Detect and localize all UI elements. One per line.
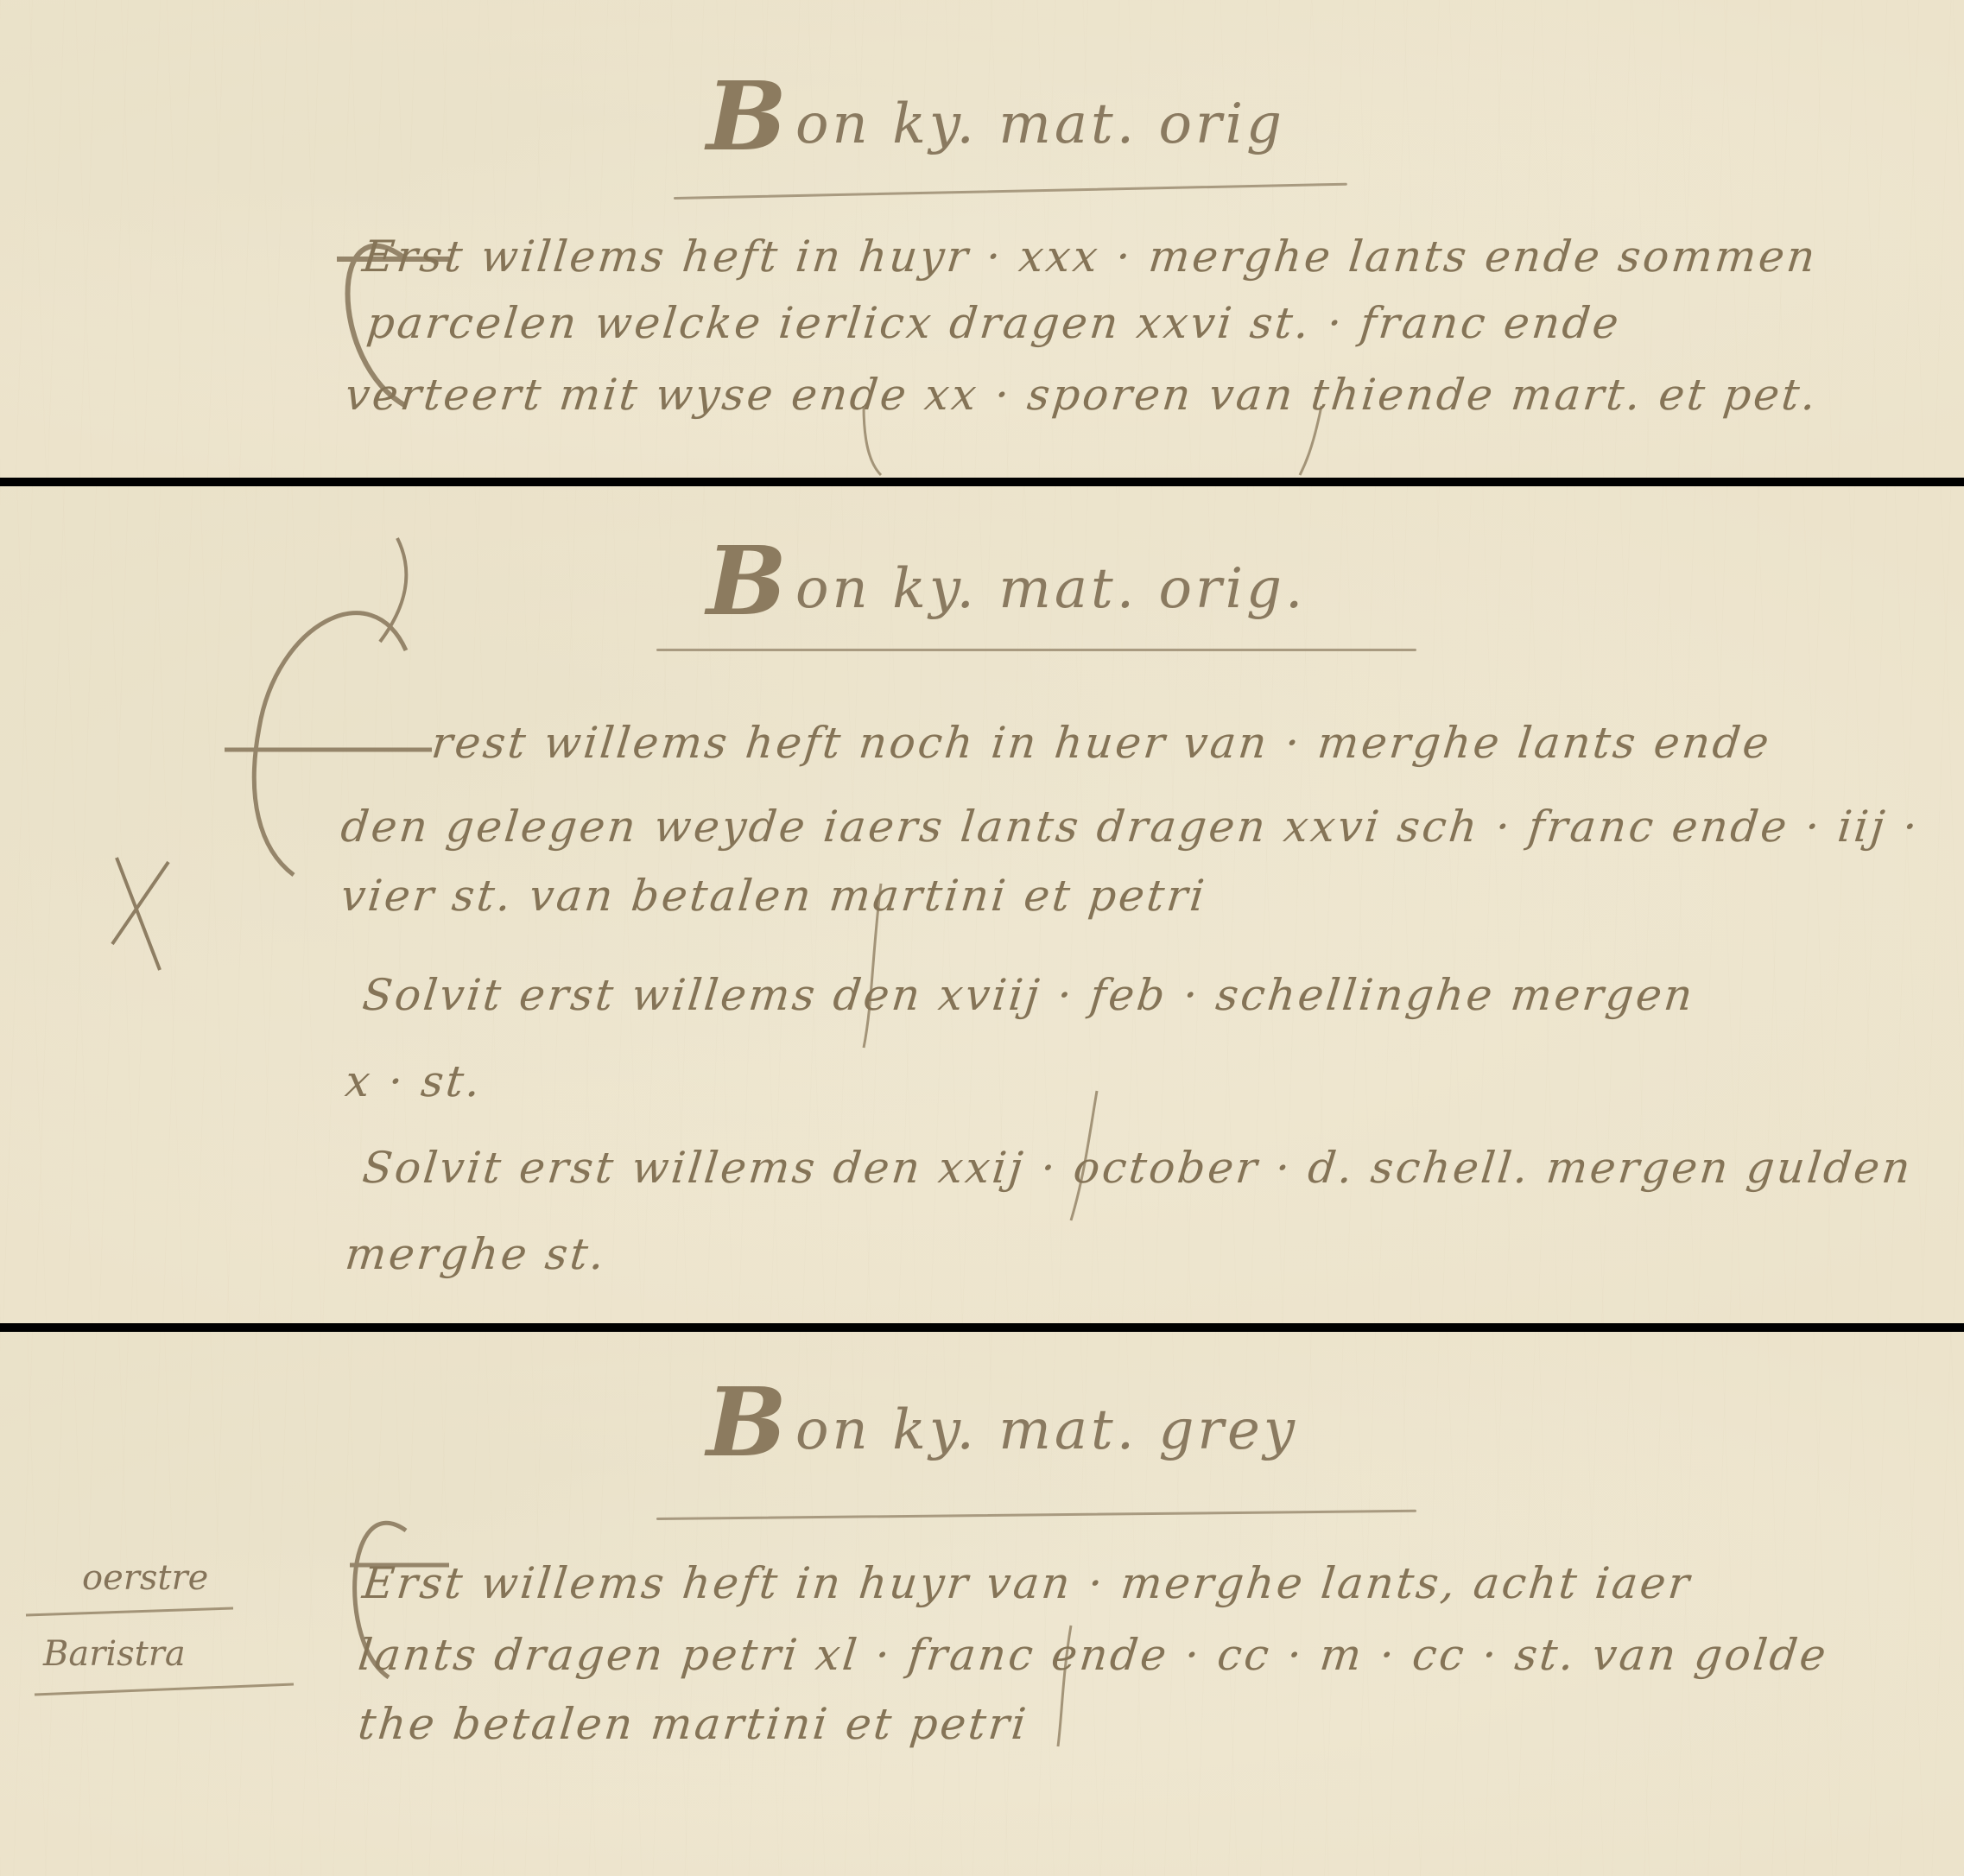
text-line: Solvit erst willems den xxij · october ·…	[360, 1143, 1915, 1193]
text-line: vier st. van betalen martini et petri	[339, 871, 1209, 921]
manuscript-entry-2: Bon ky. mat. orig. rest willems heft noc…	[0, 486, 1964, 1323]
text-line: x · st.	[343, 1056, 485, 1106]
text-line: parcelen welcke ierlicx dragen xxvi st. …	[364, 298, 1624, 348]
margin-note-line-1: oerstre	[82, 1558, 208, 1598]
manuscript-entry-3: Bon ky. mat. grey oerstre Baristra Erst …	[0, 1332, 1964, 1876]
entry-heading: Bon ky. mat. grey	[706, 1366, 1298, 1478]
manuscript-entry-1: Bon ky. mat. orig Erst willems heft in h…	[0, 0, 1964, 478]
text-line: rest willems heft noch in huer van · mer…	[429, 718, 1774, 768]
heading-underline	[656, 1510, 1416, 1520]
entry-heading: Bon ky. mat. orig	[706, 60, 1285, 172]
text-line: merghe st.	[343, 1229, 609, 1279]
text-line: Erst willems heft in huyr van · merghe l…	[360, 1558, 1695, 1608]
text-line: lants dragen petri xl · franc ende · cc …	[356, 1630, 1831, 1680]
text-line: den gelegen weyde iaers lants dragen xxv…	[339, 802, 1922, 852]
text-line: verteert mit wyse ende xx · sporen van t…	[343, 370, 1821, 420]
heading-underline	[656, 649, 1416, 651]
margin-note-line-2: Baristra	[43, 1634, 186, 1674]
text-line: the betalen martini et petri	[356, 1699, 1031, 1749]
entry-heading: Bon ky. mat. orig.	[706, 525, 1306, 637]
text-line: Erst willems heft in huyr · xxx · merghe…	[360, 231, 1820, 282]
text-line: Solvit erst willems den xviij · feb · sc…	[360, 970, 1697, 1020]
heading-underline	[674, 183, 1347, 200]
margin-cross-mark-icon	[108, 849, 177, 979]
